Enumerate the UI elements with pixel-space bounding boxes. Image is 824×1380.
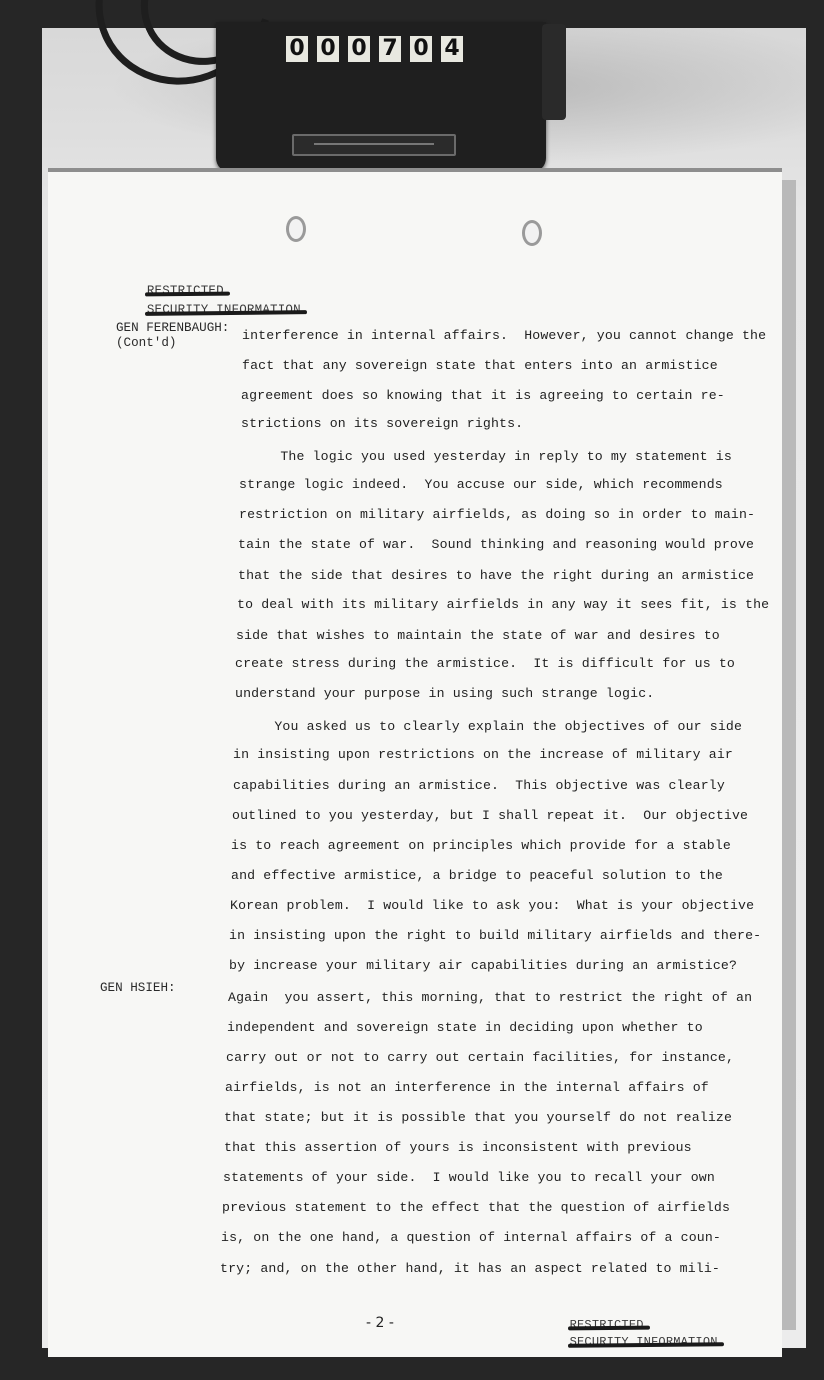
punch-hole: [522, 220, 542, 246]
text-line: is to reach agreement on principles whic…: [231, 838, 731, 853]
text-line: The logic you used yesterday in reply to…: [240, 449, 732, 464]
text-line: Korean problem. I would like to ask you:…: [230, 898, 754, 913]
text-line: Again you assert, this morning, that to …: [228, 990, 752, 1005]
counter-digit: 0: [348, 36, 370, 62]
counter-digit: 4: [441, 36, 463, 62]
text-line: agreement does so knowing that it is agr…: [241, 388, 725, 403]
text-line: by increase your military air capabiliti…: [229, 958, 737, 973]
text-line: side that wishes to maintain the state o…: [236, 628, 720, 643]
counter-digit: 7: [379, 36, 401, 62]
text-line: You asked us to clearly explain the obje…: [234, 719, 742, 734]
text-line: try; and, on the other hand, it has an a…: [220, 1261, 720, 1276]
text-line: restriction on military airfields, as do…: [239, 507, 755, 522]
text-line: strictions on its sovereign rights.: [241, 416, 523, 431]
counter-label-plate: [292, 134, 456, 156]
text-line: is, on the one hand, a question of inter…: [221, 1230, 721, 1245]
text-line: understand your purpose in using such st…: [235, 686, 654, 701]
punch-hole: [286, 216, 306, 242]
text-line: statements of your side. I would like yo…: [223, 1170, 715, 1185]
text-line: and effective armistice, a bridge to pea…: [231, 868, 723, 883]
text-line: interference in internal affairs. Howeve…: [242, 328, 766, 343]
text-line: previous statement to the effect that th…: [222, 1200, 730, 1215]
text-line: that the side that desires to have the r…: [238, 568, 754, 583]
text-line: carry out or not to carry out certain fa…: [226, 1050, 734, 1065]
counter-knob: [542, 24, 566, 120]
document-page: RESTRICTED SECURITY INFORMATION GEN FERE…: [48, 168, 782, 1357]
text-line: fact that any sovereign state that enter…: [242, 358, 718, 373]
text-line: strange logic indeed. You accuse our sid…: [239, 477, 723, 492]
underlying-page-edge: [780, 180, 796, 1330]
frame-counter-digits: 0 0 0 7 0 4: [286, 36, 463, 62]
text-line: that this assertion of yours is inconsis…: [224, 1140, 692, 1155]
text-line: that state; but it is possible that you …: [224, 1110, 732, 1125]
text-line: to deal with its military airfields in a…: [237, 597, 769, 612]
text-line: create stress during the armistice. It i…: [235, 656, 735, 671]
speaker-note: (Cont'd): [116, 335, 176, 352]
footer-classification: SECURITY INFORMATION: [540, 1321, 718, 1363]
counter-digit: 0: [317, 36, 339, 62]
speaker-label: GEN HSIEH:: [100, 980, 176, 997]
classification-security-struck: SECURITY INFORMATION: [147, 303, 301, 317]
page-number: - 2 -: [366, 1315, 394, 1331]
text-line: in insisting upon the right to build mil…: [229, 928, 761, 943]
text-line: outlined to you yesterday, but I shall r…: [232, 808, 748, 823]
text-line: capabilities during an armistice. This o…: [233, 778, 725, 793]
text-line: tain the state of war. Sound thinking an…: [238, 537, 754, 552]
text-line: independent and sovereign state in decid…: [227, 1020, 703, 1035]
text-line: airfields, is not an interference in the…: [225, 1080, 709, 1095]
counter-digit: 0: [410, 36, 432, 62]
classification-security-struck: SECURITY INFORMATION: [570, 1335, 718, 1349]
text-line: in insisting upon restrictions on the in…: [233, 747, 733, 762]
counter-digit: 0: [286, 36, 308, 62]
